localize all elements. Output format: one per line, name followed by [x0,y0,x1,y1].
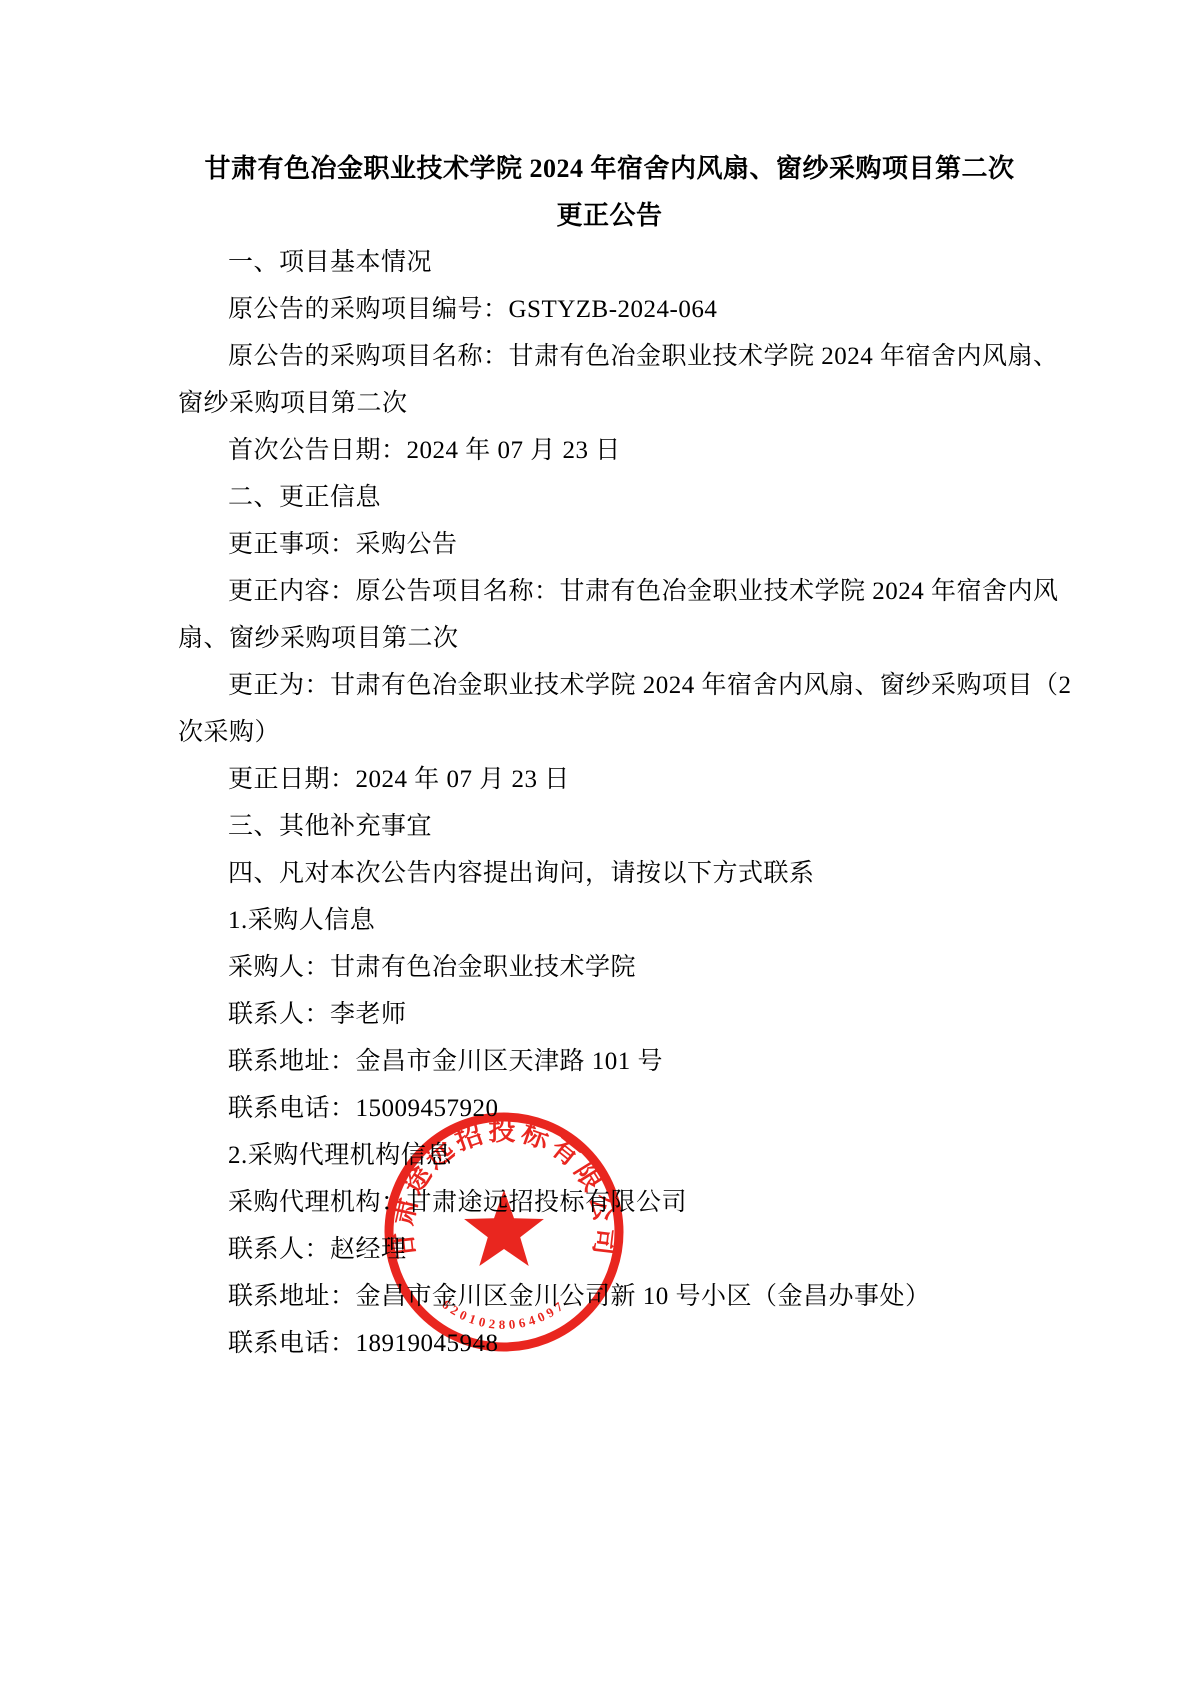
document-line: 窗纱采购项目第二次 [178,380,1041,427]
document-line: 联系地址：金昌市金川区金川公司新 10 号小区（金昌办事处） [178,1273,1041,1320]
document-line: 原公告的采购项目编号：GSTYZB-2024-064 [178,286,1041,333]
document-line: 扇、窗纱采购项目第二次 [178,615,1041,662]
document-line: 更正事项：采购公告 [178,521,1041,568]
announcement-body: 甘肃有色冶金职业技术学院 2024 年宿舍内风扇、窗纱采购项目第二次 更正公告 … [178,145,1041,1367]
document-line: 一、项目基本情况 [178,239,1041,286]
document-line: 采购代理机构：甘肃途远招投标有限公司 [178,1179,1041,1226]
document-line: 采购人：甘肃有色冶金职业技术学院 [178,944,1041,991]
document-title-line-2: 更正公告 [178,192,1041,239]
document-line: 联系人：赵经理 [178,1226,1041,1273]
document-page: 甘肃有色冶金职业技术学院 2024 年宿舍内风扇、窗纱采购项目第二次 更正公告 … [0,0,1191,1684]
document-line: 联系地址：金昌市金川区天津路 101 号 [178,1038,1041,1085]
document-line: 首次公告日期：2024 年 07 月 23 日 [178,427,1041,474]
document-line: 联系人：李老师 [178,991,1041,1038]
document-line: 三、其他补充事宜 [178,803,1041,850]
document-line: 四、凡对本次公告内容提出询问，请按以下方式联系 [178,850,1041,897]
document-line: 联系电话：15009457920 [178,1085,1041,1132]
document-line: 原公告的采购项目名称：甘肃有色冶金职业技术学院 2024 年宿舍内风扇、 [178,333,1041,380]
document-line: 1.采购人信息 [178,897,1041,944]
document-line: 更正为：甘肃有色冶金职业技术学院 2024 年宿舍内风扇、窗纱采购项目（2 [178,662,1041,709]
document-title-line-1: 甘肃有色冶金职业技术学院 2024 年宿舍内风扇、窗纱采购项目第二次 [178,145,1041,192]
document-line: 联系电话：18919045948 [178,1320,1041,1367]
document-line: 2.采购代理机构信息 [178,1132,1041,1179]
document-line: 次采购） [178,709,1041,756]
document-line: 更正内容：原公告项目名称：甘肃有色冶金职业技术学院 2024 年宿舍内风 [178,568,1041,615]
document-line: 二、更正信息 [178,474,1041,521]
document-line: 更正日期：2024 年 07 月 23 日 [178,756,1041,803]
